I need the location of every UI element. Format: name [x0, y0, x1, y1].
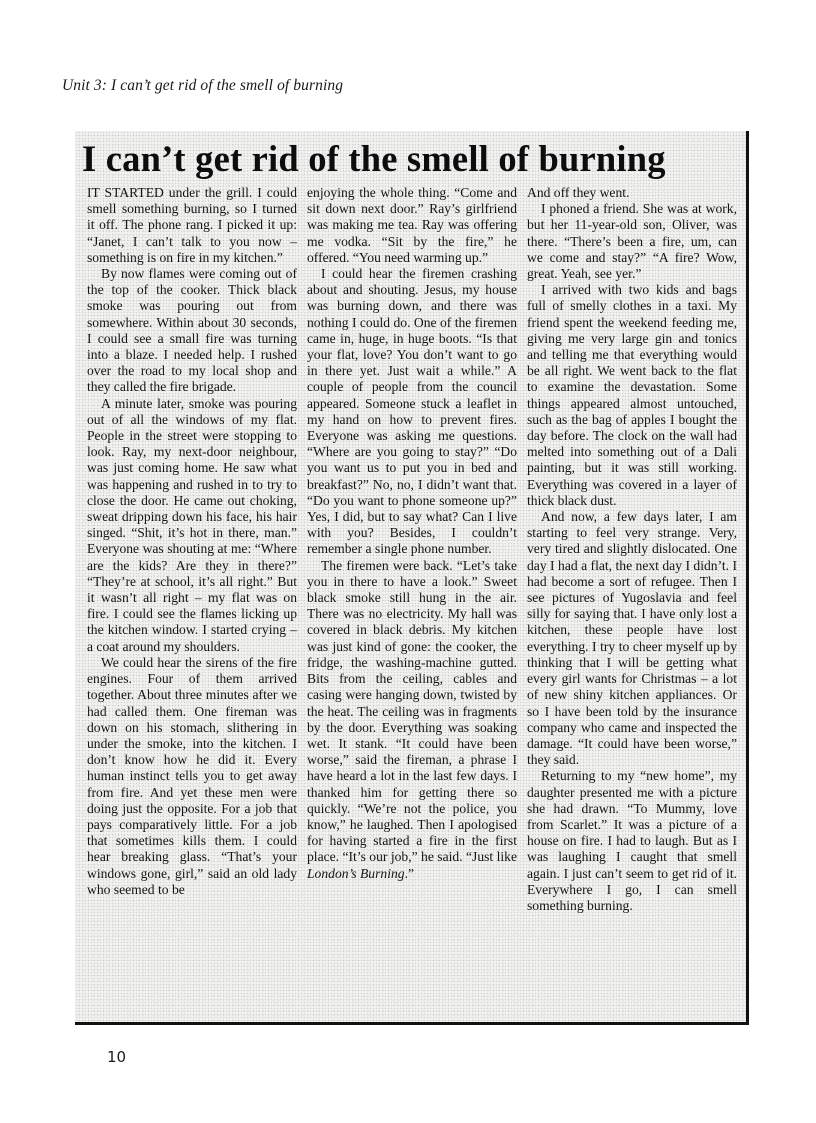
tv-show-title: London’s Burning [307, 866, 405, 881]
paragraph: The firemen were back. “Let’s take you i… [307, 558, 517, 882]
article-box: I can’t get rid of the smell of burning … [75, 131, 749, 1025]
paragraph: I arrived with two kids and bags full of… [527, 282, 737, 509]
article-column-3: And off they went. I phoned a friend. Sh… [527, 185, 737, 914]
page-number: 10 [107, 1048, 126, 1066]
paragraph: And off they went. [527, 185, 737, 201]
paragraph: By now flames were coming out of the top… [87, 266, 297, 396]
closing-quote: .” [405, 866, 414, 881]
paragraph: IT STARTED under the grill. I could smel… [87, 185, 297, 266]
running-head: Unit 3: I can’t get rid of the smell of … [62, 77, 343, 95]
article-columns: IT STARTED under the grill. I could smel… [87, 185, 737, 914]
paragraph: We could hear the sirens of the fire eng… [87, 655, 297, 898]
paragraph: I phoned a friend. She was at work, but … [527, 201, 737, 282]
paragraph: A minute later, smoke was pouring out of… [87, 396, 297, 655]
paragraph: Returning to my “new home”, my daughter … [527, 768, 737, 914]
paragraph-text: The firemen were back. “Let’s take you i… [307, 558, 517, 865]
paragraph: I could hear the firemen crashing about … [307, 266, 517, 558]
article-column-2: enjoying the whole thing. “Come and sit … [307, 185, 517, 914]
article-headline: I can’t get rid of the smell of burning [82, 137, 666, 181]
article-column-1: IT STARTED under the grill. I could smel… [87, 185, 297, 914]
paragraph: And now, a few days later, I am starting… [527, 509, 737, 768]
paragraph: enjoying the whole thing. “Come and sit … [307, 185, 517, 266]
